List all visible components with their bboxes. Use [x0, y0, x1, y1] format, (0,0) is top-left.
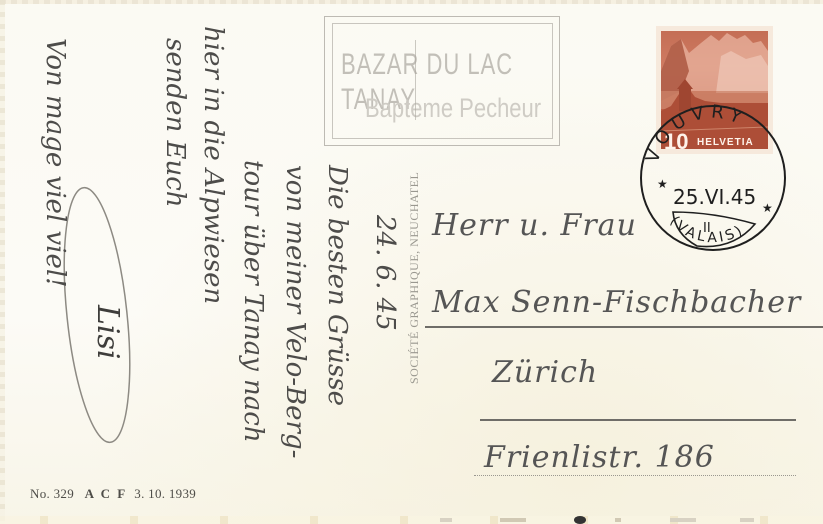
cachet-box: BAZAR DU LAC TANAY Bapteme Pecheur — [324, 16, 560, 146]
bottom-smudges — [440, 515, 800, 524]
postcard: BAZAR DU LAC TANAY Bapteme Pecheur SOCIÉ… — [0, 0, 823, 524]
message-line: tour über Tanay nach — [238, 160, 268, 443]
message-line: von meiner Velo-Berg- — [280, 165, 310, 458]
address-line2: Max Senn-Fischbacher — [432, 285, 801, 320]
address-rule-3 — [474, 475, 796, 476]
catalog-footer: No. 329 A C F 3. 10. 1939 — [30, 486, 196, 502]
center-divider — [415, 40, 416, 120]
footer-date: 3. 10. 1939 — [134, 486, 196, 501]
footer-number: No. 329 — [30, 486, 74, 501]
address-rule-2 — [480, 419, 796, 421]
left-edge — [0, 0, 5, 524]
address-rule-1 — [425, 326, 823, 328]
address-line4: Frienlistr. 186 — [484, 440, 715, 475]
message-line: senden Euch — [160, 38, 190, 208]
circular-postmark-icon: VOUVRY 25.VI.45 II (VALAIS) ★ ★ — [637, 100, 787, 252]
top-edge — [0, 0, 823, 4]
message-line: Die besten Grüsse — [322, 165, 352, 406]
message-line: hier in die Alpwiesen — [198, 26, 228, 304]
publisher-imprint: SOCIÉTÉ GRAPHIQUE, NEUCHATEL — [407, 172, 422, 384]
footer-code: A C F — [85, 486, 128, 501]
address-line3: Zürich — [492, 355, 598, 390]
postmark-date: 25.VI.45 — [673, 185, 756, 209]
signature: Lisi — [90, 305, 125, 360]
postmark-town: VOUVRY — [642, 101, 750, 165]
address-line1: Herr u. Frau — [432, 208, 637, 243]
cachet-line2: Bapteme Pecheur — [365, 93, 541, 124]
message-date: 24. 6. 45 — [370, 215, 400, 331]
postmark-star-right: ★ — [762, 201, 773, 215]
message-postscript: Von mage viel viel! — [40, 38, 70, 288]
svg-text:VOUVRY: VOUVRY — [642, 101, 750, 165]
postmark-star-left: ★ — [657, 177, 668, 191]
